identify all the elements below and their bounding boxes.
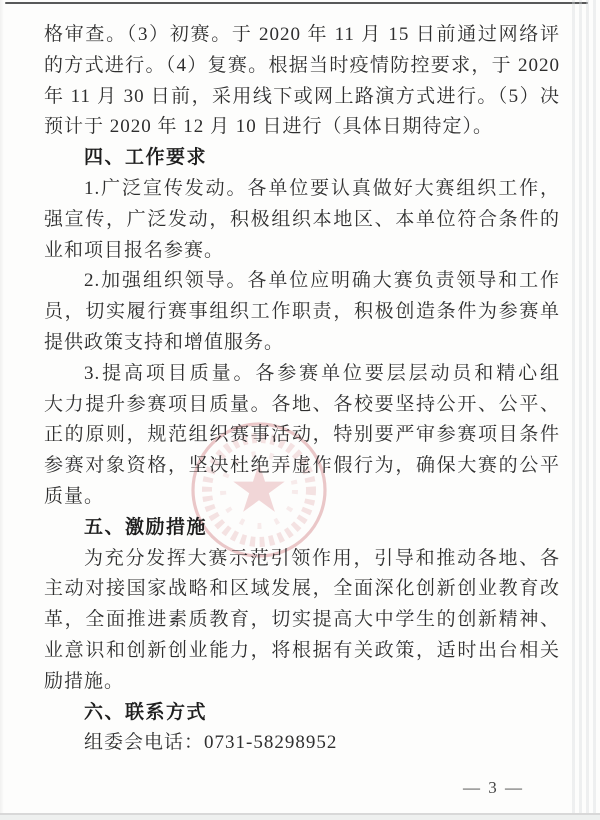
paragraph: 1.广泛宣传发动。各单位要认真做好大赛组织工作，加 强宣传，广泛发动，积极组织本… xyxy=(44,174,560,266)
doc-line: 的方式进行。（4）复赛。根据当时疫情防控要求，于 2020 xyxy=(44,51,560,82)
paragraph: 2.加强组织领导。各单位应明确大赛负责领导和工作人 员，切实履行赛事组织工作职责… xyxy=(44,266,560,358)
doc-line: 业和项目报名参赛。 xyxy=(44,236,560,267)
doc-line: 1.广泛宣传发动。各单位要认真做好大赛组织工作，加 xyxy=(44,174,560,205)
paragraph: 组委会电话：0731-58298952 xyxy=(44,728,560,759)
scan-edge-top xyxy=(5,2,588,4)
paragraph: 为充分发挥大赛示范引领作用，引导和推动各地、各校 主动对接国家战略和区域发展，全… xyxy=(44,544,560,698)
doc-line: 质量。 xyxy=(44,482,560,513)
doc-line: 预计于 2020 年 12 月 10 日进行（具体日期待定）。 xyxy=(44,112,560,143)
doc-line: 3.提高项目质量。各参赛单位要层层动员和精心组织， xyxy=(44,359,560,390)
page-number: — 3 — xyxy=(44,776,560,800)
doc-line: 员，切实履行赛事组织工作职责，积极创造条件为参赛单位 xyxy=(44,297,560,328)
doc-line: 提供政策支持和增值服务。 xyxy=(44,328,560,359)
doc-line: 格审查。（3）初赛。于 2020 年 11 月 15 日前通过网络评审 xyxy=(44,20,560,51)
doc-line: 大力提升参赛项目质量。各地、各校要坚持公开、公平、公 xyxy=(44,390,560,421)
doc-line: 励措施。 xyxy=(44,667,560,698)
doc-line: 正的原则，规范组织赛事活动，特别要严审参赛项目条件和 xyxy=(44,420,560,451)
document-page: 格审查。（3）初赛。于 2020 年 11 月 15 日前通过网络评审 的方式进… xyxy=(0,0,600,820)
scan-edge-bottom-band xyxy=(0,815,600,820)
doc-line: 参赛对象资格，坚决杜绝弄虚作假行为，确保大赛的公平与 xyxy=(44,451,560,482)
section-heading: 四、工作要求 xyxy=(44,143,560,174)
section-heading: 六、联系方式 xyxy=(44,698,560,729)
section-6-contact: 六、联系方式 组委会电话：0731-58298952 xyxy=(44,698,560,760)
doc-line: 为充分发挥大赛示范引领作用，引导和推动各地、各校 xyxy=(44,544,560,575)
doc-line: 强宣传，广泛发动，积极组织本地区、本单位符合条件的企 xyxy=(44,205,560,236)
section-heading: 五、激励措施 xyxy=(44,513,560,544)
doc-line: 主动对接国家战略和区域发展，全面深化创新创业教育改 xyxy=(44,574,560,605)
doc-line: 2.加强组织领导。各单位应明确大赛负责领导和工作人 xyxy=(44,266,560,297)
document-body: 格审查。（3）初赛。于 2020 年 11 月 15 日前通过网络评审 的方式进… xyxy=(44,20,560,800)
doc-line: 革，全面推进素质教育，切实提高大中学生的创新精神、创 xyxy=(44,605,560,636)
scan-edge-left xyxy=(0,0,4,820)
intro-paragraph: 格审查。（3）初赛。于 2020 年 11 月 15 日前通过网络评审 的方式进… xyxy=(44,20,560,143)
section-5-incentives: 五、激励措施 为充分发挥大赛示范引领作用，引导和推动各地、各校 主动对接国家战略… xyxy=(44,513,560,698)
section-4-work-requirements: 四、工作要求 1.广泛宣传发动。各单位要认真做好大赛组织工作，加 强宣传，广泛发… xyxy=(44,143,560,513)
doc-line: 业意识和创新创业能力，将根据有关政策，适时出台相关激 xyxy=(44,636,560,667)
doc-line: 年 11 月 30 日前，采用线下或网上路演方式进行。（5）决赛。 xyxy=(44,82,560,113)
scan-edge-right xyxy=(572,0,600,820)
paragraph: 3.提高项目质量。各参赛单位要层层动员和精心组织， 大力提升参赛项目质量。各地、… xyxy=(44,359,560,513)
committee-phone-line: 组委会电话：0731-58298952 xyxy=(44,728,560,759)
